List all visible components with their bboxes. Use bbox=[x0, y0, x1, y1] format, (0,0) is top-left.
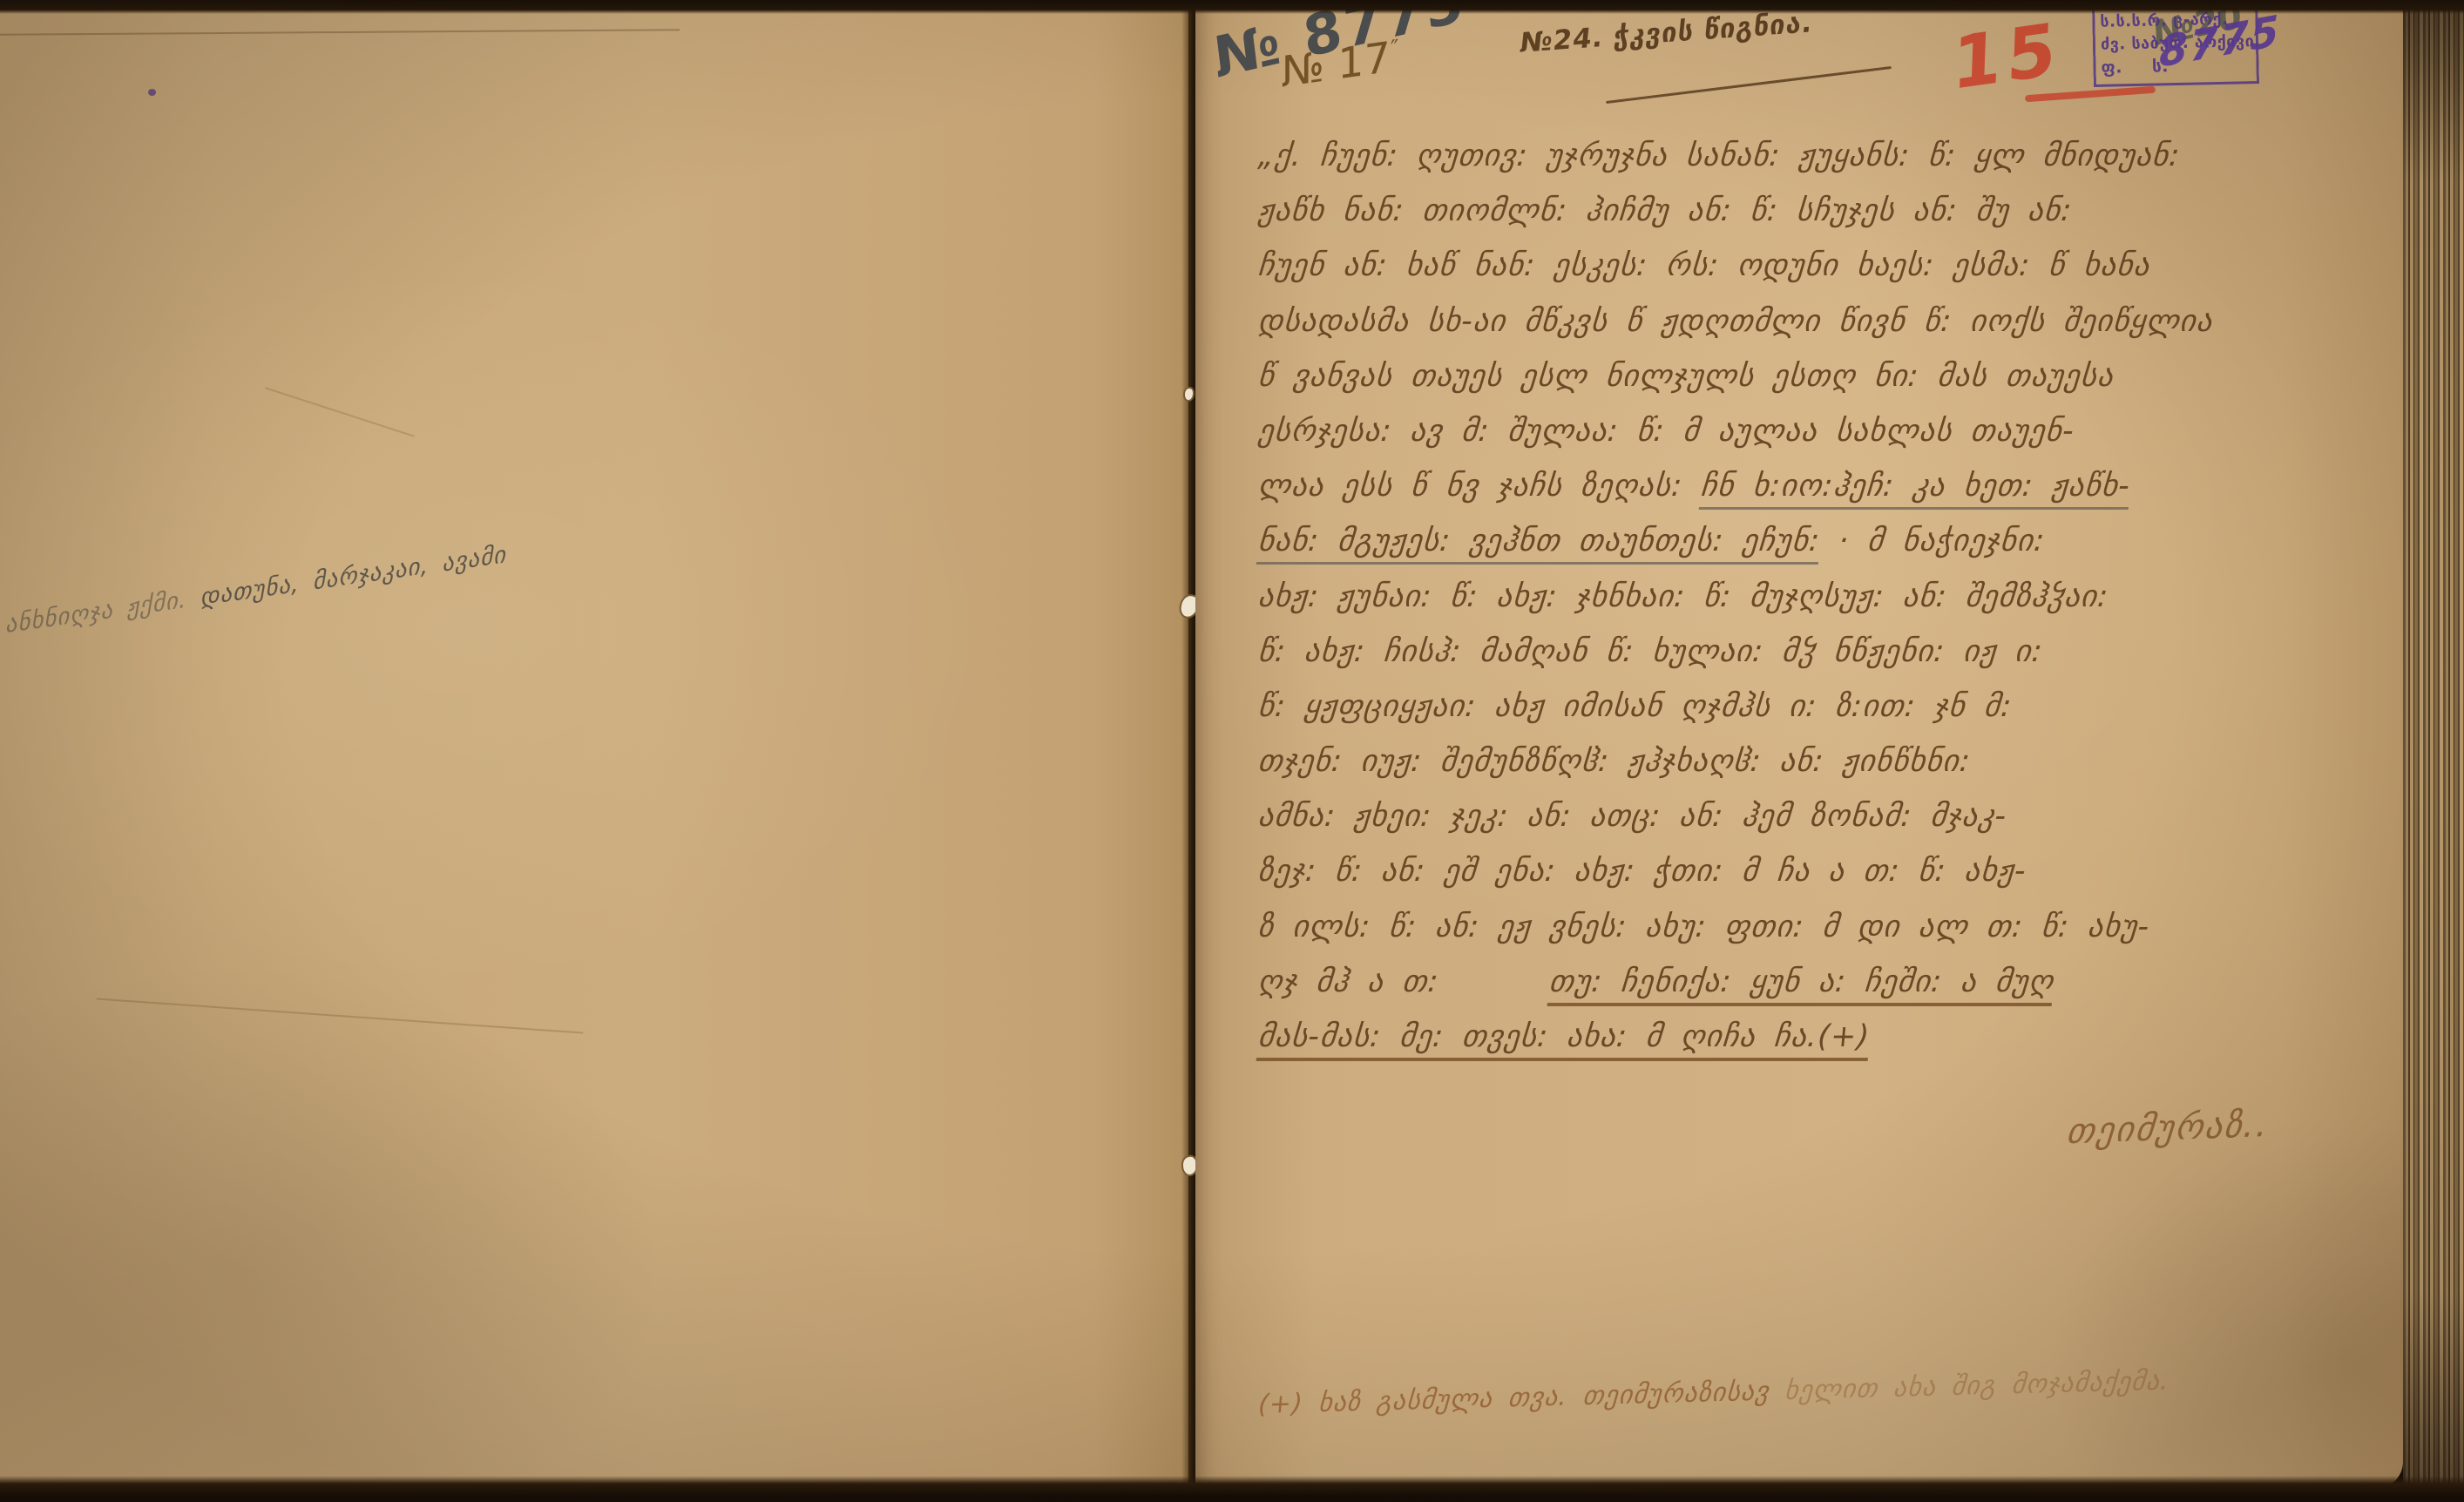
handwritten-line: ღჯ მჰ ა თ: თუ: ჩენიქა: ყუნ ა: ჩეში: ა მუ… bbox=[1256, 955, 2402, 1010]
handwritten-line: ამნა: ჟხეი: ჯეკ: ან: ათც: ან: ჰემ ზონამ:… bbox=[1256, 789, 2402, 844]
line-text: ამნა: ჟხეი: ჯეკ: ან: ათც: ან: ჰემ ზონამ:… bbox=[1256, 799, 2008, 834]
handwritten-line: წ: ახჟ: ჩისჰ: მამღან წ: ხულაი: მჴ ნწჟენი… bbox=[1256, 625, 2402, 680]
line-text: წ: ყჟფციყჟაი: ახჟ იმისან ღჯმჰს ი: ზ:ით: … bbox=[1256, 689, 2014, 724]
archive-stamp: ს.ს.ს.რ. ც-არქ. ძვ. საბუთ. არქივი. ფ. ს.… bbox=[2092, 2, 2259, 87]
footnote-strong-part: (+) ხაზ გასმულა თვა. თეიმურაზისავ bbox=[1257, 1376, 1786, 1420]
handwritten-line: წ: ყჟფციყჟაი: ახჟ იმისან ღჯმჰს ი: ზ:ით: … bbox=[1256, 680, 2402, 734]
right-page: № 8775 № 17″ №24. ჭკვის წიგნია. 15 №20 ს… bbox=[1195, 0, 2403, 1488]
line-text: წ: ახჟ: ჩისჰ: მამღან წ: ხულაი: მჴ ნწჟენი… bbox=[1256, 634, 2044, 669]
handwritten-line: დსადასმა სხ-აი მწკვს წ ჟდღთმლი წივნ წ: ი… bbox=[1256, 294, 2402, 349]
page-stack-fore-edge bbox=[2403, 0, 2464, 1502]
handwritten-line: მას-მას: მე: თვეს: ახა: მ ღიჩა ჩა.(+) bbox=[1256, 1010, 2402, 1065]
handwritten-line: ნან: მგუჟეს: ვეჰნთ თაუნთეს: ეჩუნ: · მ ნა… bbox=[1256, 514, 2402, 569]
footnote-faint-part: ხელით ახა შიგ მოჯამაქემა. bbox=[1784, 1365, 2170, 1406]
handwritten-line: ჩუენ ან: ხაწ ნან: ესკეს: რს: ოდუნი ხაეს:… bbox=[1256, 239, 2402, 294]
scan-top-edge bbox=[0, 0, 2464, 14]
gutter-fold-line bbox=[1188, 0, 1191, 1492]
underlined-passage: მას-მას: მე: თვეს: ახა: მ ღიჩა ჩა.(+) bbox=[1256, 1019, 1872, 1061]
underlined-passage: თუ: ჩენიქა: ყუნ ა: ჩეში: ა მუღ bbox=[1547, 964, 2055, 1006]
handwritten-line: ახჟ: ჟუნაი: წ: ახჟ: ჯხნხაი: წ: მუჯღსუჟ: … bbox=[1256, 570, 2402, 625]
marginal-inscription: ანხნიღჯა ჟქმი. დათუნა, მარჯაკაი, ავამი bbox=[4, 532, 566, 639]
paper-crease bbox=[0, 29, 680, 35]
line-text: წ ვანვას თაუეს ესლ ნილჯულს ესთღ ნი: მას … bbox=[1256, 359, 2115, 394]
line-text: · მ ნაჭიეჯნი: bbox=[1818, 524, 2047, 558]
book-scan: ანხნიღჯა ჟქმი. დათუნა, მარჯაკაი, ავამი №… bbox=[0, 0, 2464, 1502]
paper-crease bbox=[265, 387, 415, 437]
scan-bottom-edge bbox=[0, 1476, 2464, 1502]
line-text: ჟაწხ ნან: თიომლნ: ჰიჩმუ ან: წ: სჩუჯეს ან… bbox=[1256, 193, 2074, 228]
line-text: ზ ილს: წ: ან: ეჟ ვნეს: ახუ: ფთი: მ დი ალ… bbox=[1256, 910, 2151, 944]
handwritten-line: ზ ილს: წ: ან: ეჟ ვნეს: ახუ: ფთი: მ დი ალ… bbox=[1256, 900, 2402, 955]
handwritten-line: ზეჯ: წ: ან: ეშ ენა: ახჟ: ჭთი: მ ჩა ა თ: … bbox=[1256, 844, 2402, 899]
red-crayon-number: 15 bbox=[1951, 8, 2062, 107]
manuscript-lines: „ქ. ჩუენ: ღუთივ: უჯრუჯნა სანან: ჟუყანს: … bbox=[1258, 129, 2400, 1065]
handwritten-line: „ქ. ჩუენ: ღუთივ: უჯრუჯნა სანან: ჟუყანს: … bbox=[1256, 129, 2402, 184]
line-text: ლაა ესს წ ნვ ჯაჩს ზეღას: bbox=[1256, 469, 1702, 504]
underlined-passage: ჩნ ხ:იო:ჰეჩ: კა ხეთ: ჟაწხ- bbox=[1699, 469, 2132, 510]
top-annotation: №24. ჭკვის წიგნია. bbox=[1519, 7, 1815, 59]
sewing-hole bbox=[1183, 387, 1195, 402]
line-text: დსადასმა სხ-აი მწკვს წ ჟდღთმლი წივნ წ: ი… bbox=[1256, 304, 2214, 339]
annotation-underline bbox=[1606, 66, 1892, 104]
line-text: ზეჯ: წ: ან: ეშ ენა: ახჟ: ჭთი: მ ჩა ა თ: … bbox=[1256, 854, 2027, 889]
handwritten-line: თჯენ: იუჟ: შემუნზწღჱ: ჟჰჯხაღჱ: ან: ჟინწხ… bbox=[1256, 734, 2402, 789]
line-text: ჩუენ ან: ხაწ ნან: ესკეს: რს: ოდუნი ხაეს:… bbox=[1256, 248, 2151, 283]
line-text: თჯენ: იუჟ: შემუნზწღჱ: ჟჰჯხაღჱ: ან: ჟინწხ… bbox=[1256, 744, 1972, 779]
paper-crease bbox=[97, 998, 584, 1033]
archivist-footnote: (+) ხაზ გასმულა თვა. თეიმურაზისავ ხელით … bbox=[1257, 1360, 2383, 1420]
handwritten-line: ლაა ესს წ ნვ ჯაჩს ზეღას: ჩნ ხ:იო:ჰეჩ: კა… bbox=[1256, 459, 2402, 514]
inscription-faint-part: ანხნიღჯა ჟქმი. bbox=[4, 584, 200, 639]
line-text: ღჯ მჰ ა თ: bbox=[1256, 964, 1551, 999]
line-text: ესრჯესა: ავ მ: შულაა: წ: მ აულაა სახლას … bbox=[1256, 414, 2075, 449]
ink-spot bbox=[148, 89, 156, 96]
underlined-passage: ნან: მგუჟეს: ვეჰნთ თაუნთეს: ეჩუნ: bbox=[1256, 524, 1822, 565]
line-text: „ქ. ჩუენ: ღუთივ: უჯრუჯნა სანან: ჟუყანს: … bbox=[1256, 139, 2182, 173]
handwritten-line: ჟაწხ ნან: თიომლნ: ჰიჩმუ ან: წ: სჩუჯეს ან… bbox=[1256, 184, 2402, 239]
handwritten-line: ესრჯესა: ავ მ: შულაა: წ: მ აულაა სახლას … bbox=[1256, 404, 2402, 459]
handwritten-line: წ ვანვას თაუეს ესლ ნილჯულს ესთღ ნი: მას … bbox=[1256, 349, 2402, 404]
signature-teimuraz: თეიმურაზ.. bbox=[2065, 1105, 2271, 1152]
document-number-suffix: ″ bbox=[1391, 35, 1399, 63]
line-text: ახჟ: ჟუნაი: წ: ახჟ: ჯხნხაი: წ: მუჯღსუჟ: … bbox=[1256, 579, 2110, 614]
inscription-dark-part: დათუნა, მარჯაკაი, ავამი bbox=[200, 541, 506, 612]
stamp-fond-label: ფ. bbox=[2101, 56, 2122, 79]
left-page: ანხნიღჯა ჟქმი. დათუნა, მარჯაკაი, ავამი bbox=[0, 0, 1188, 1492]
